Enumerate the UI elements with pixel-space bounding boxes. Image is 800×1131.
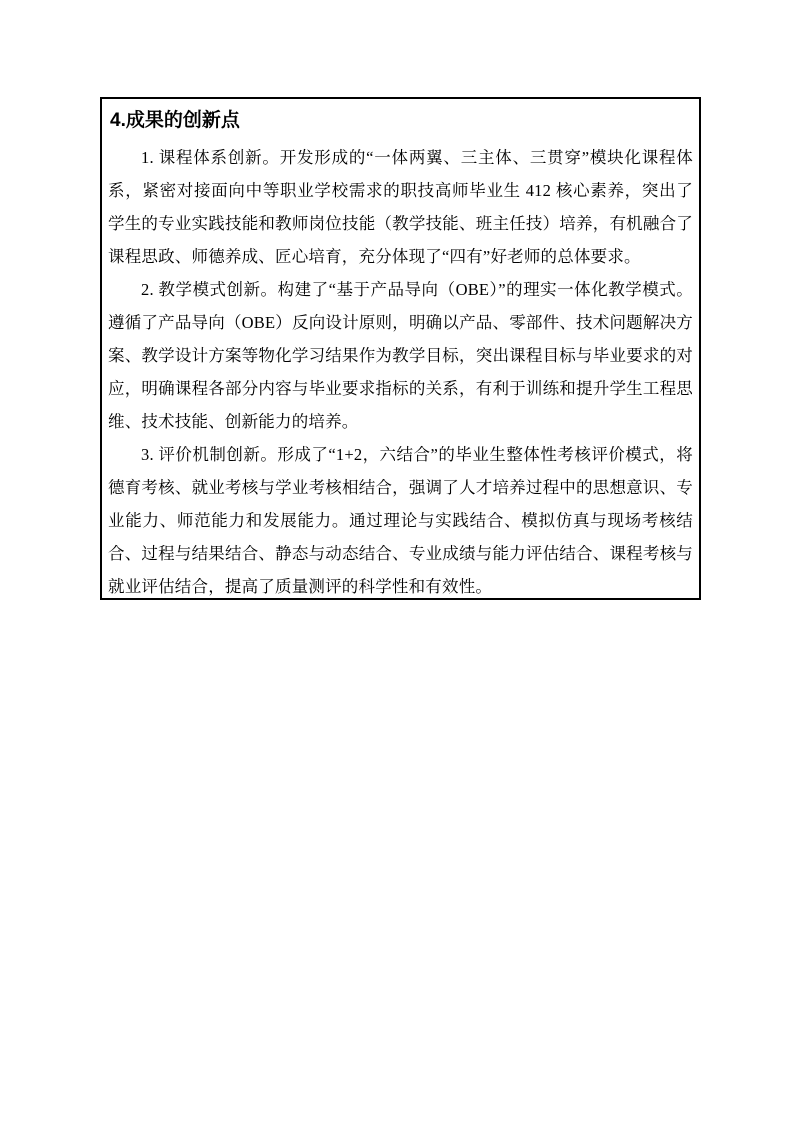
document-page: 4.成果的创新点 1. 课程体系创新。开发形成的“一体两翼、三主体、三贯穿”模块… bbox=[0, 0, 800, 1131]
paragraph-curriculum-innovation: 1. 课程体系创新。开发形成的“一体两翼、三主体、三贯穿”模块化课程体系，紧密对… bbox=[108, 141, 693, 273]
paragraph-teaching-mode-innovation: 2. 教学模式创新。构建了“基于产品导向（OBE）”的理实一体化教学模式。遵循了… bbox=[108, 273, 693, 438]
paragraph-evaluation-mechanism-innovation: 3. 评价机制创新。形成了“1+2，六结合”的毕业生整体性考核评价模式，将德育考… bbox=[108, 438, 693, 603]
innovation-section-box: 4.成果的创新点 1. 课程体系创新。开发形成的“一体两翼、三主体、三贯穿”模块… bbox=[100, 97, 701, 600]
section-title: 4.成果的创新点 bbox=[110, 109, 693, 133]
